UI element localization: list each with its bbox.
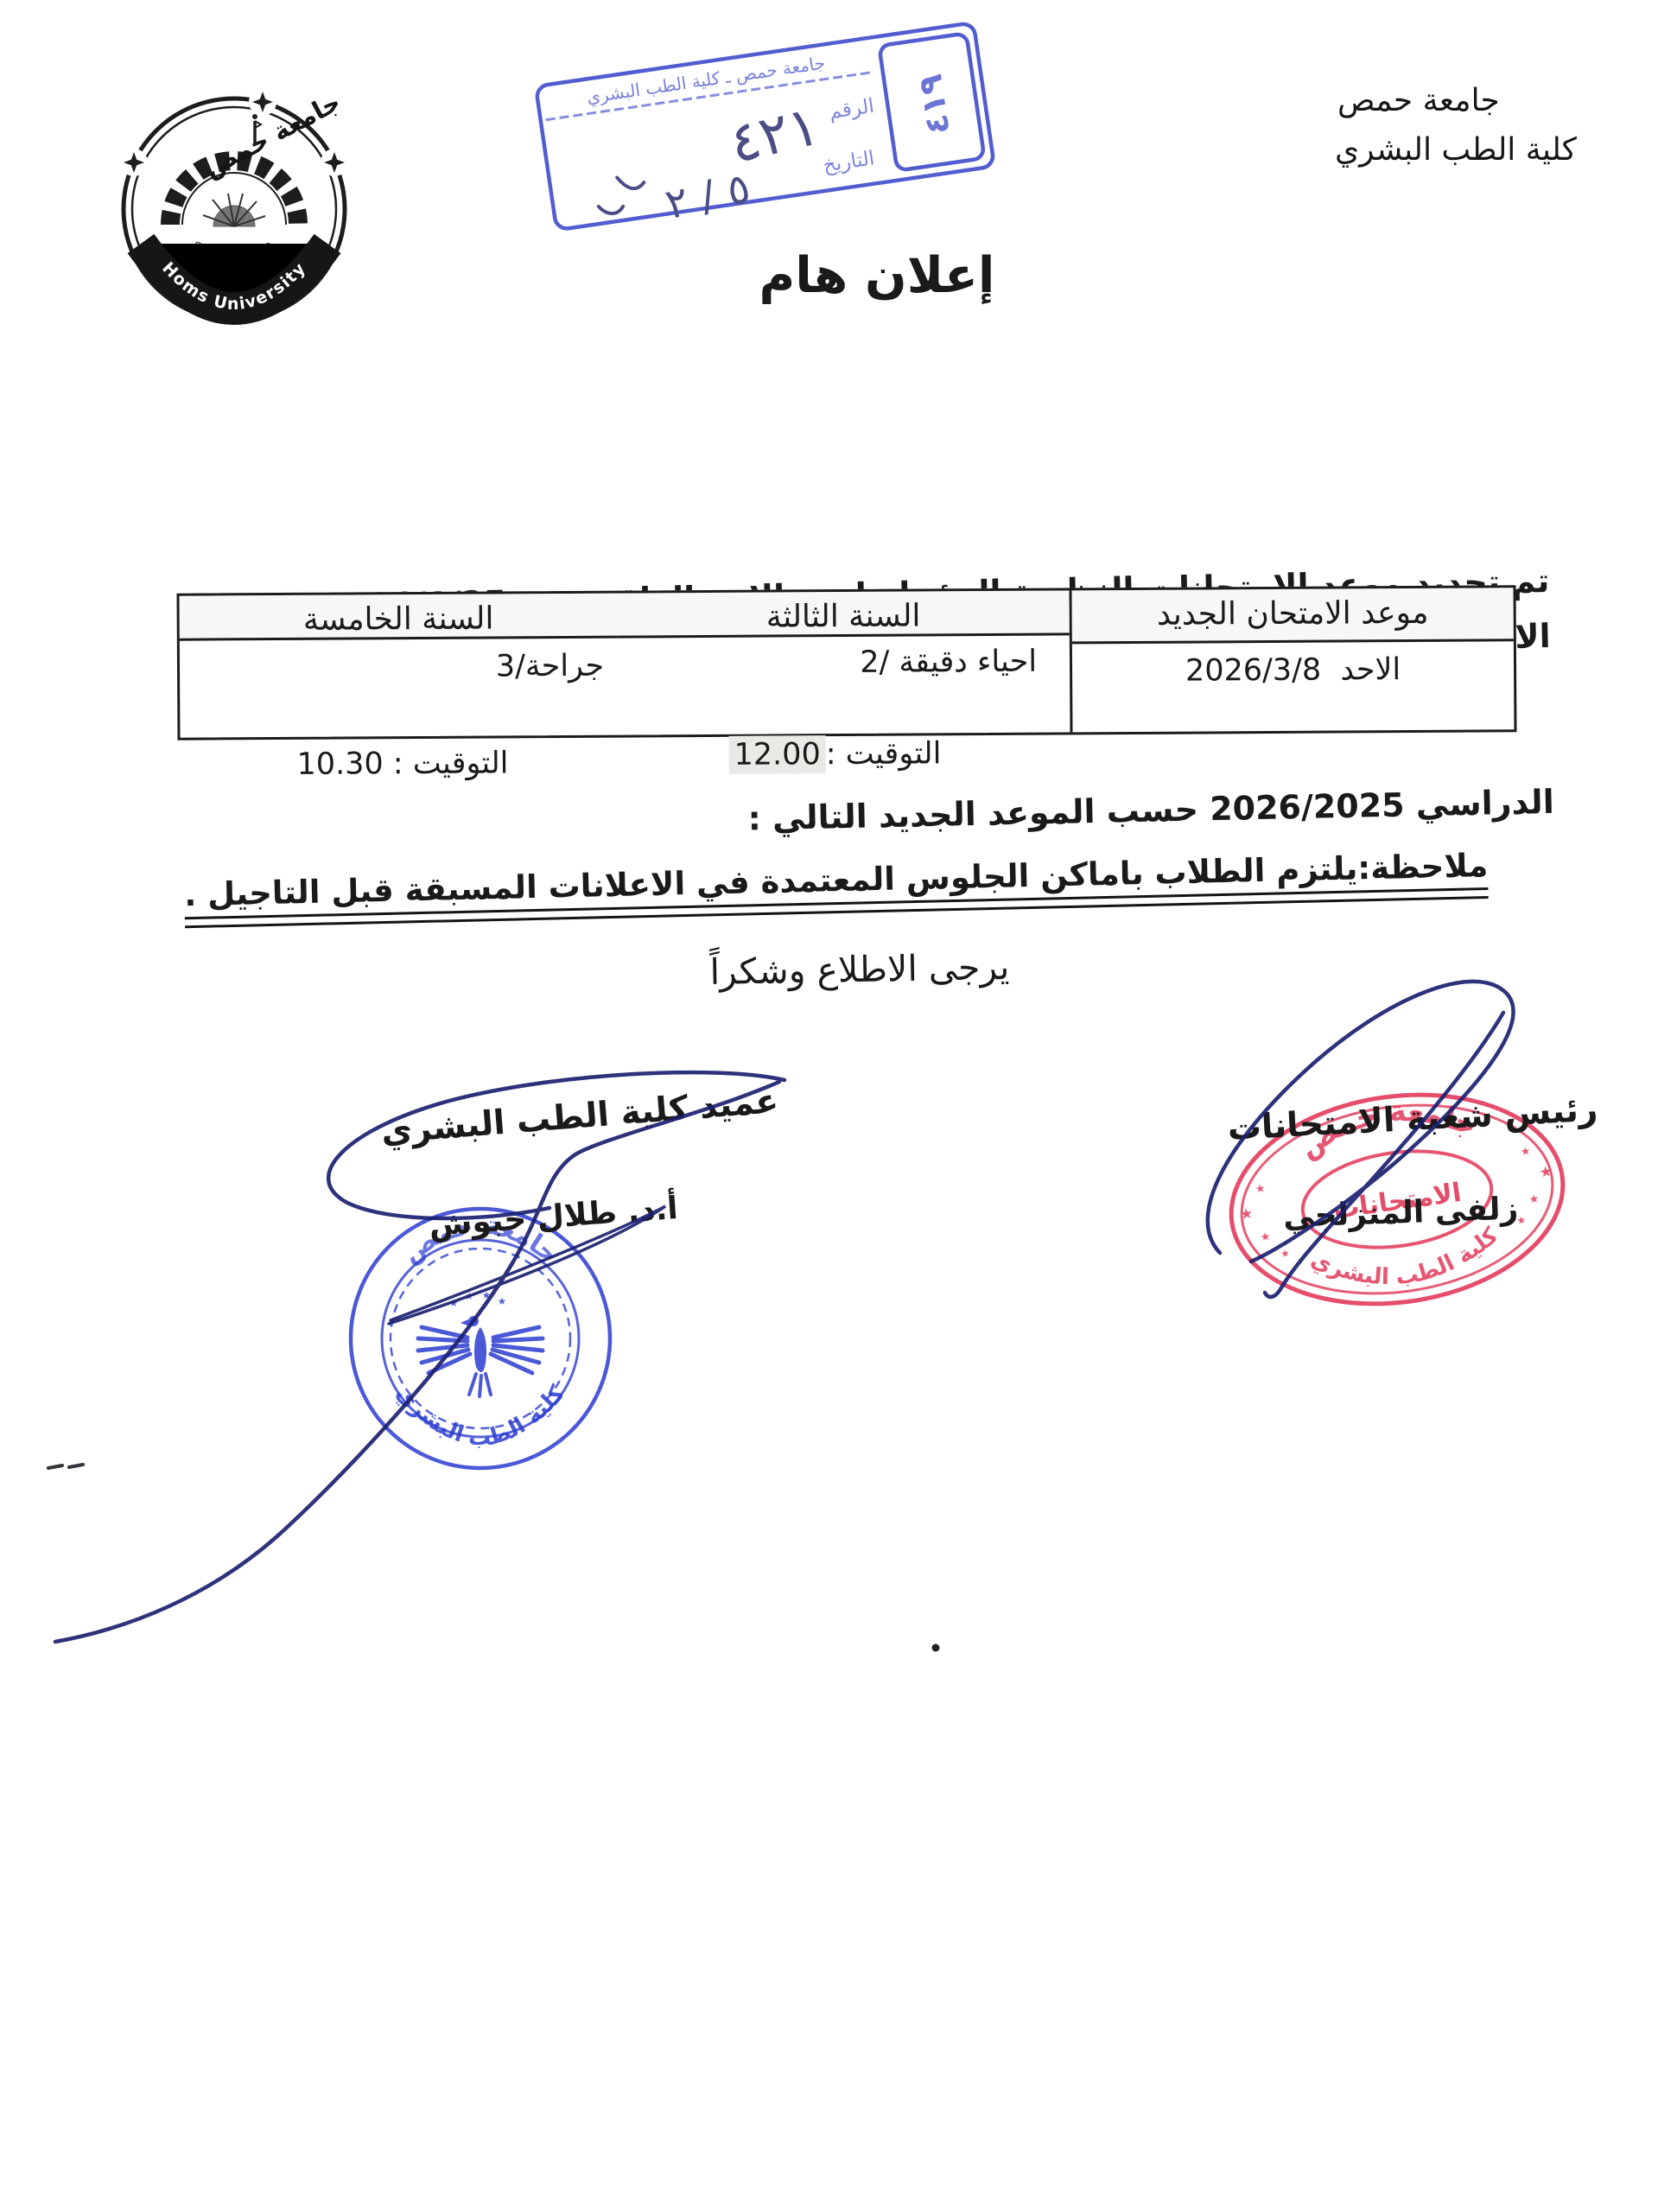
third-year-time: التوقيت :12.00: [618, 702, 1038, 808]
column-third-year: السنة الثالثة احياء دقيقة /2 التوقيت :12…: [618, 590, 1070, 734]
cell-new-exam-date: الاحد 2026/3/8: [1072, 641, 1515, 732]
cell-fifth-year: جراحة/3 التوقيت : 10.30: [180, 639, 619, 817]
eagle-icon: [418, 1316, 543, 1396]
faculty-name: كلية الطب البشري: [1335, 131, 1577, 168]
star-icon: ★: [1538, 1163, 1553, 1182]
star-icon: ★: [1239, 1205, 1255, 1224]
header-third-year: السنة الثالثة: [618, 590, 1070, 638]
receipt-stamp-number-label: الرقم: [828, 95, 876, 124]
fifth-year-subject: جراحة/3: [180, 649, 604, 686]
header-fifth-year: السنة الخامسة: [180, 594, 618, 641]
star-icon: ★: [482, 1289, 492, 1301]
university-name: جامعة حمص: [1337, 82, 1500, 119]
page-title: إعلان هام: [700, 247, 1054, 304]
time-label: التوقيت :: [384, 746, 509, 781]
star-icon: ★: [1528, 1192, 1540, 1206]
star-icon: ★: [449, 1297, 459, 1309]
star-icon: ★: [498, 1295, 507, 1307]
star-icon: ★: [1520, 1145, 1532, 1159]
receipt-stamp: جامعة حمص ـ كلية الطب البشري الرقم التار…: [508, 0, 1009, 251]
star-icon: ★: [1260, 1230, 1272, 1244]
faculty-round-stamp: جامعة حمص كلية الطب البشري ★ ★ ★ ★: [338, 1198, 626, 1486]
time-label: التوقيت :: [826, 736, 942, 772]
exam-schedule-table: موعد الامتحان الجديد الاحد 2026/3/8 السن…: [176, 585, 1516, 740]
receipt-stamp-date-label: التاريخ: [822, 147, 876, 176]
handwritten-ink-squiggle: [594, 174, 647, 215]
header-new-exam-date: موعد الامتحان الجديد: [1071, 588, 1513, 644]
handwritten-date: ٥ / ٢: [661, 163, 754, 229]
receipt-stamp-serial: ٤١٩: [911, 72, 957, 137]
closing-line: يرجى الاطلاع وشكراً: [683, 945, 1038, 993]
column-fifth-year: السنة الخامسة جراحة/3 التوقيت : 10.30: [180, 594, 619, 738]
scan-artifacts: [48, 1465, 940, 1652]
third-year-subject: احياء دقيقة /2: [618, 645, 1037, 682]
time-value: 12.00: [728, 735, 825, 774]
dean-signature-title: عميد كلية الطب البشري: [379, 1082, 779, 1152]
university-logo: جامعة حمص SYRIA 1979 Homs University: [117, 86, 352, 330]
cell-third-year: احياء دقيقة /2 التوقيت :12.00: [618, 635, 1070, 807]
star-icon: ★: [465, 1290, 474, 1302]
star-icon: ★: [1280, 1247, 1291, 1260]
scanned-announcement-page: جامعة حمص كلية الطب البشري جامعة حمص ـ ك…: [0, 0, 1677, 2212]
fifth-year-time: التوقيت : 10.30: [180, 711, 605, 817]
time-value: 10.30: [296, 747, 383, 782]
column-new-exam-date: موعد الامتحان الجديد الاحد 2026/3/8: [1069, 588, 1514, 732]
sun-icon: [203, 194, 265, 226]
star-icon: ★: [1255, 1182, 1267, 1196]
